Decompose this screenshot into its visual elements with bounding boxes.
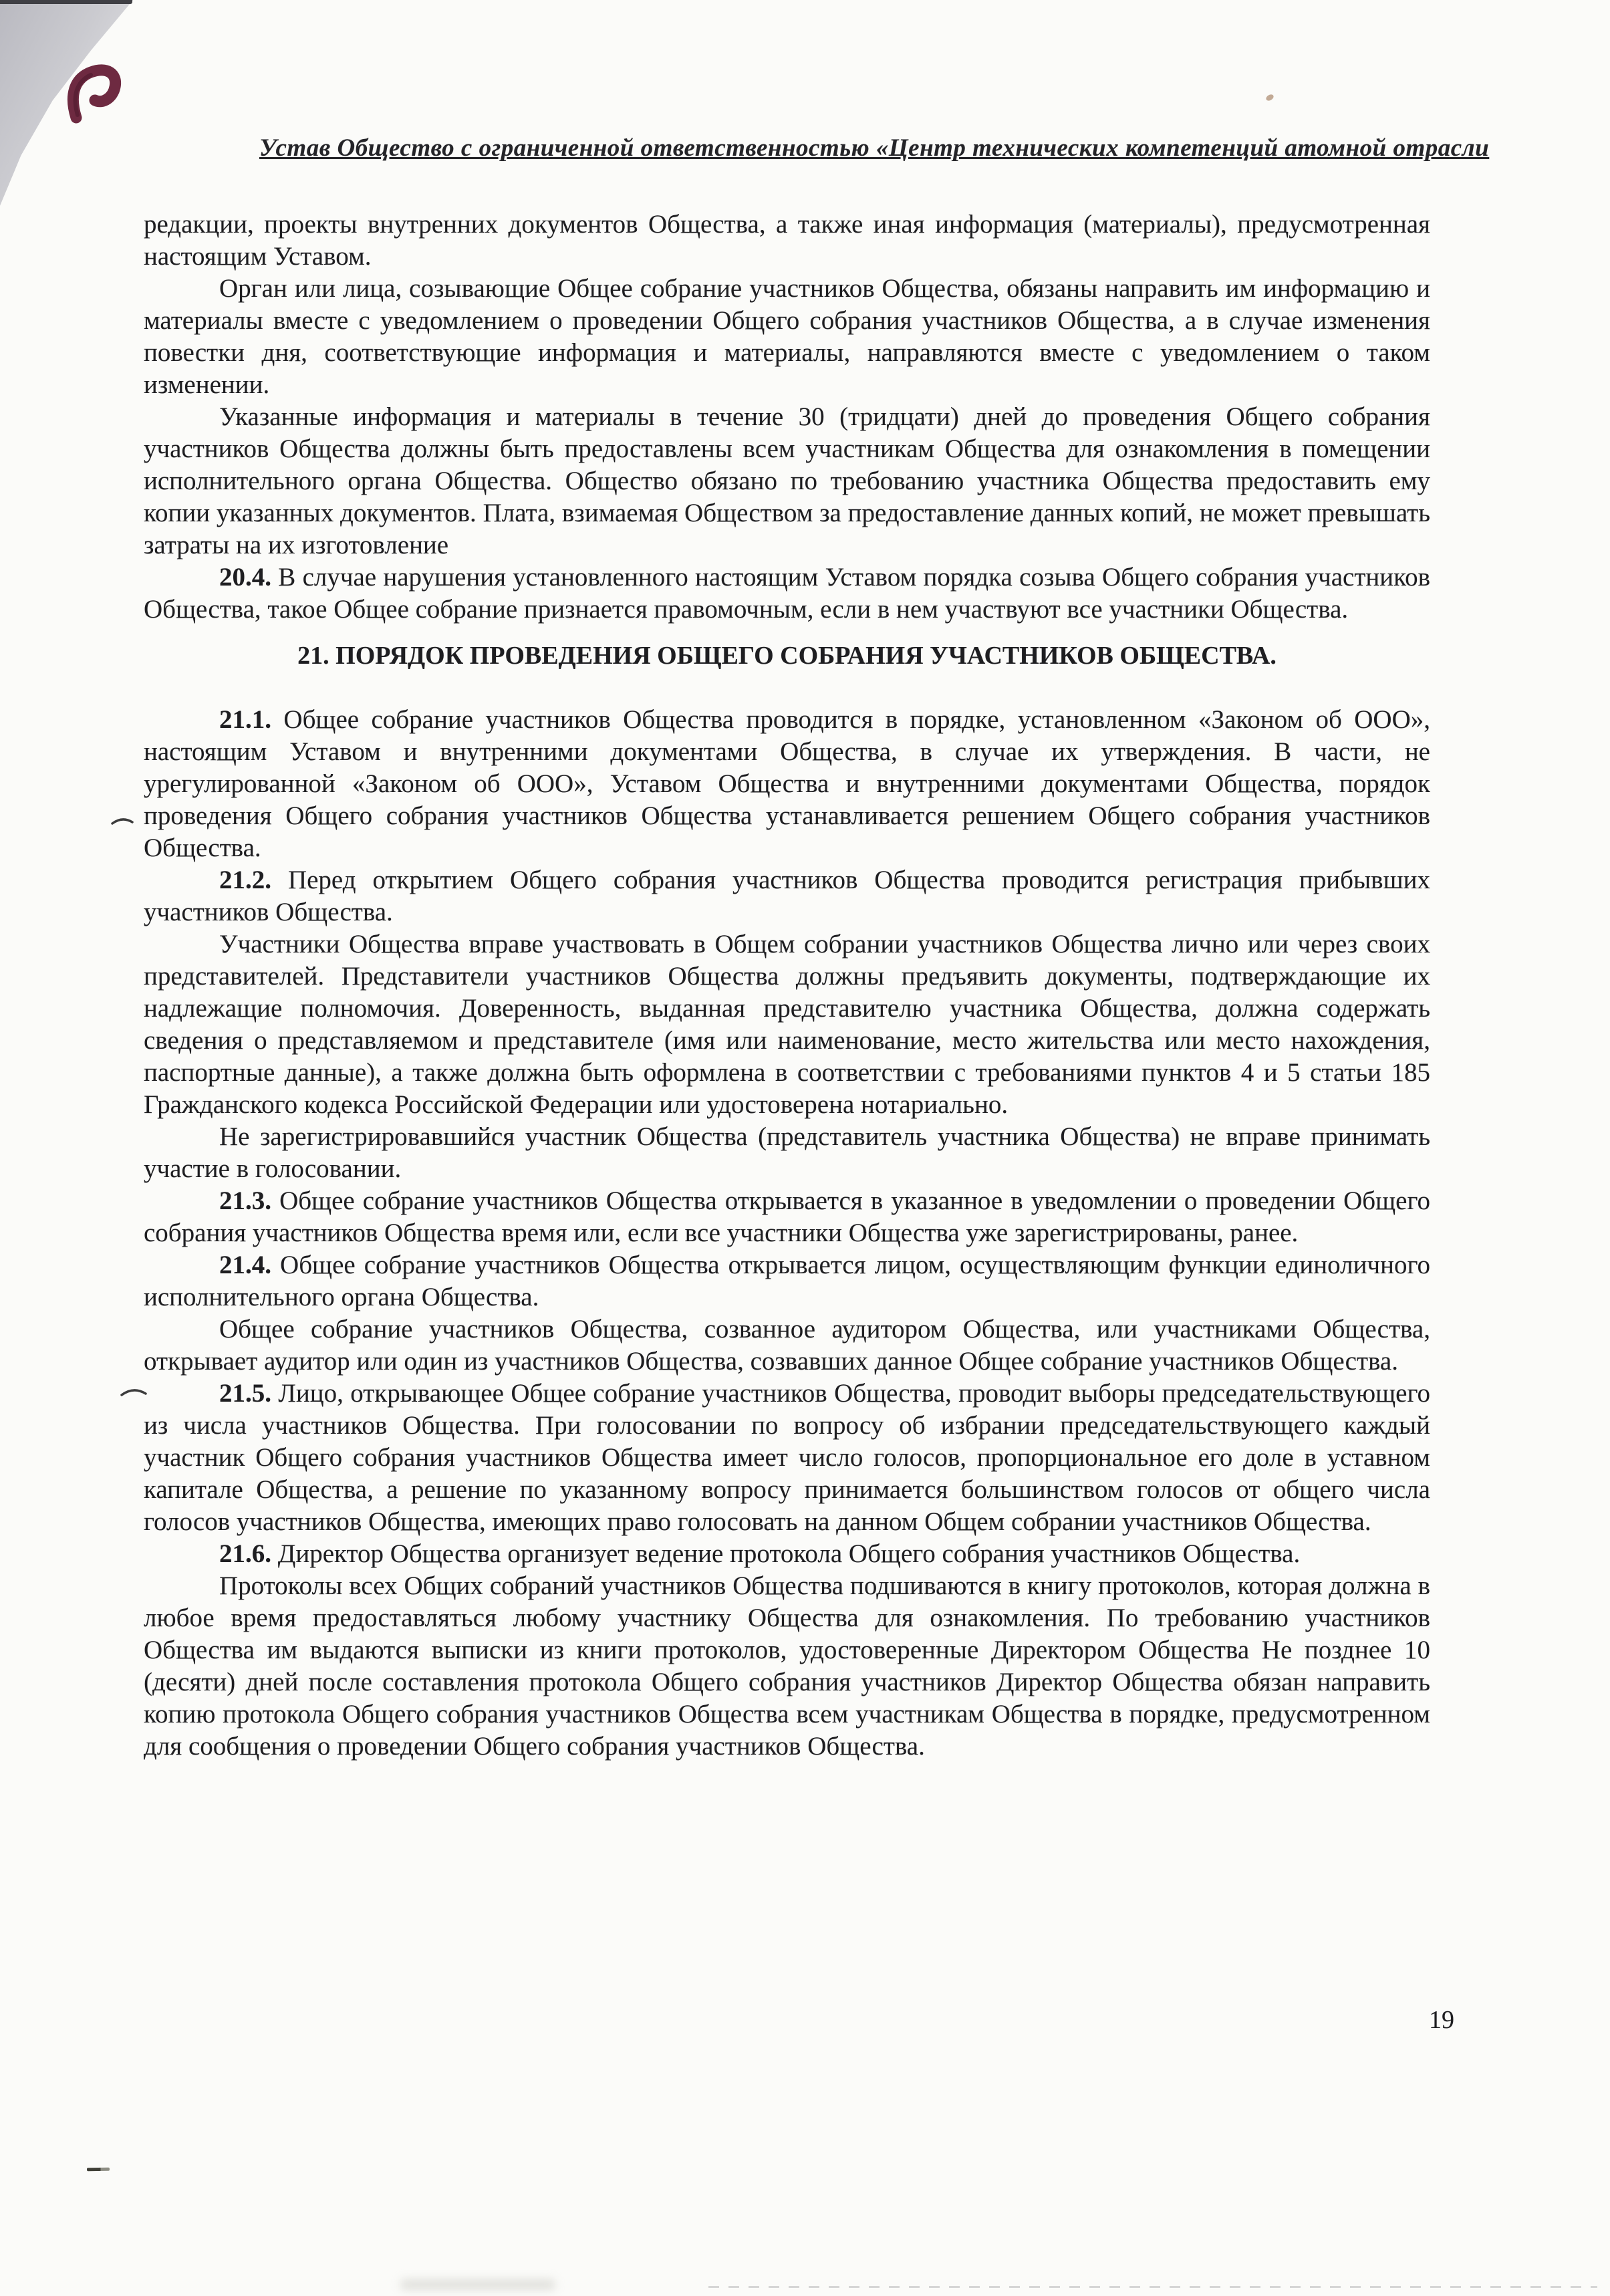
scan-edge-strip xyxy=(0,0,132,4)
body-paragraph: Орган или лица, созывающие Общее собрани… xyxy=(144,273,1430,401)
body-paragraph: 21.2. Перед открытием Общего собрания уч… xyxy=(144,864,1430,928)
body-paragraph: редакции, проекты внутренних документов … xyxy=(144,209,1430,273)
scanned-document-page: Устав Общество с ограниченной ответствен… xyxy=(0,0,1610,2296)
clause-number: 21.1. xyxy=(219,705,283,734)
body-paragraph: 21.6. Директор Общества организует веден… xyxy=(144,1538,1430,1570)
body-paragraph: 20.4. В случае нарушения установленного … xyxy=(144,561,1430,626)
scan-smudge xyxy=(401,2279,555,2290)
scan-bottom-edge xyxy=(708,2286,1597,2288)
body-paragraph: Участники Общества вправе участвовать в … xyxy=(144,928,1430,1121)
body-paragraph: Не зарегистрировавшийся участник Обществ… xyxy=(144,1121,1430,1185)
pen-dash-icon xyxy=(87,2168,110,2172)
body-paragraph: Указанные информация и материалы в течен… xyxy=(144,401,1430,561)
document-body: редакции, проекты внутренних документов … xyxy=(144,209,1430,1763)
clause-number: 21.5. xyxy=(219,1379,278,1408)
pen-tick-icon xyxy=(111,815,134,826)
clause-number: 20.4. xyxy=(219,563,278,592)
clause-number: 21.2. xyxy=(219,866,288,894)
page-number: 19 xyxy=(1429,2005,1454,2035)
pen-tick-icon xyxy=(120,1386,147,1398)
body-paragraph: Протоколы всех Общих собраний участников… xyxy=(144,1570,1430,1763)
body-paragraph: Общее собрание участников Общества, созв… xyxy=(144,1313,1430,1378)
section-heading: 21. ПОРЯДОК ПРОВЕДЕНИЯ ОБЩЕГО СОБРАНИЯ У… xyxy=(144,640,1430,672)
page-header-title: Устав Общество с ограниченной ответствен… xyxy=(259,134,1489,162)
body-paragraph: 21.3. Общее собрание участников Общества… xyxy=(144,1185,1430,1249)
binding-thread-icon xyxy=(67,61,128,126)
clause-number: 21.3. xyxy=(219,1186,279,1215)
clause-number: 21.6. xyxy=(219,1539,278,1568)
body-paragraph: 21.5. Лицо, открывающее Общее собрание у… xyxy=(144,1378,1430,1538)
body-paragraph: 21.4. Общее собрание участников Общества… xyxy=(144,1249,1430,1313)
body-paragraph: 21.1. Общее собрание участников Общества… xyxy=(144,704,1430,864)
clause-number: 21.4. xyxy=(219,1251,280,1279)
paper-speck xyxy=(1265,94,1274,102)
